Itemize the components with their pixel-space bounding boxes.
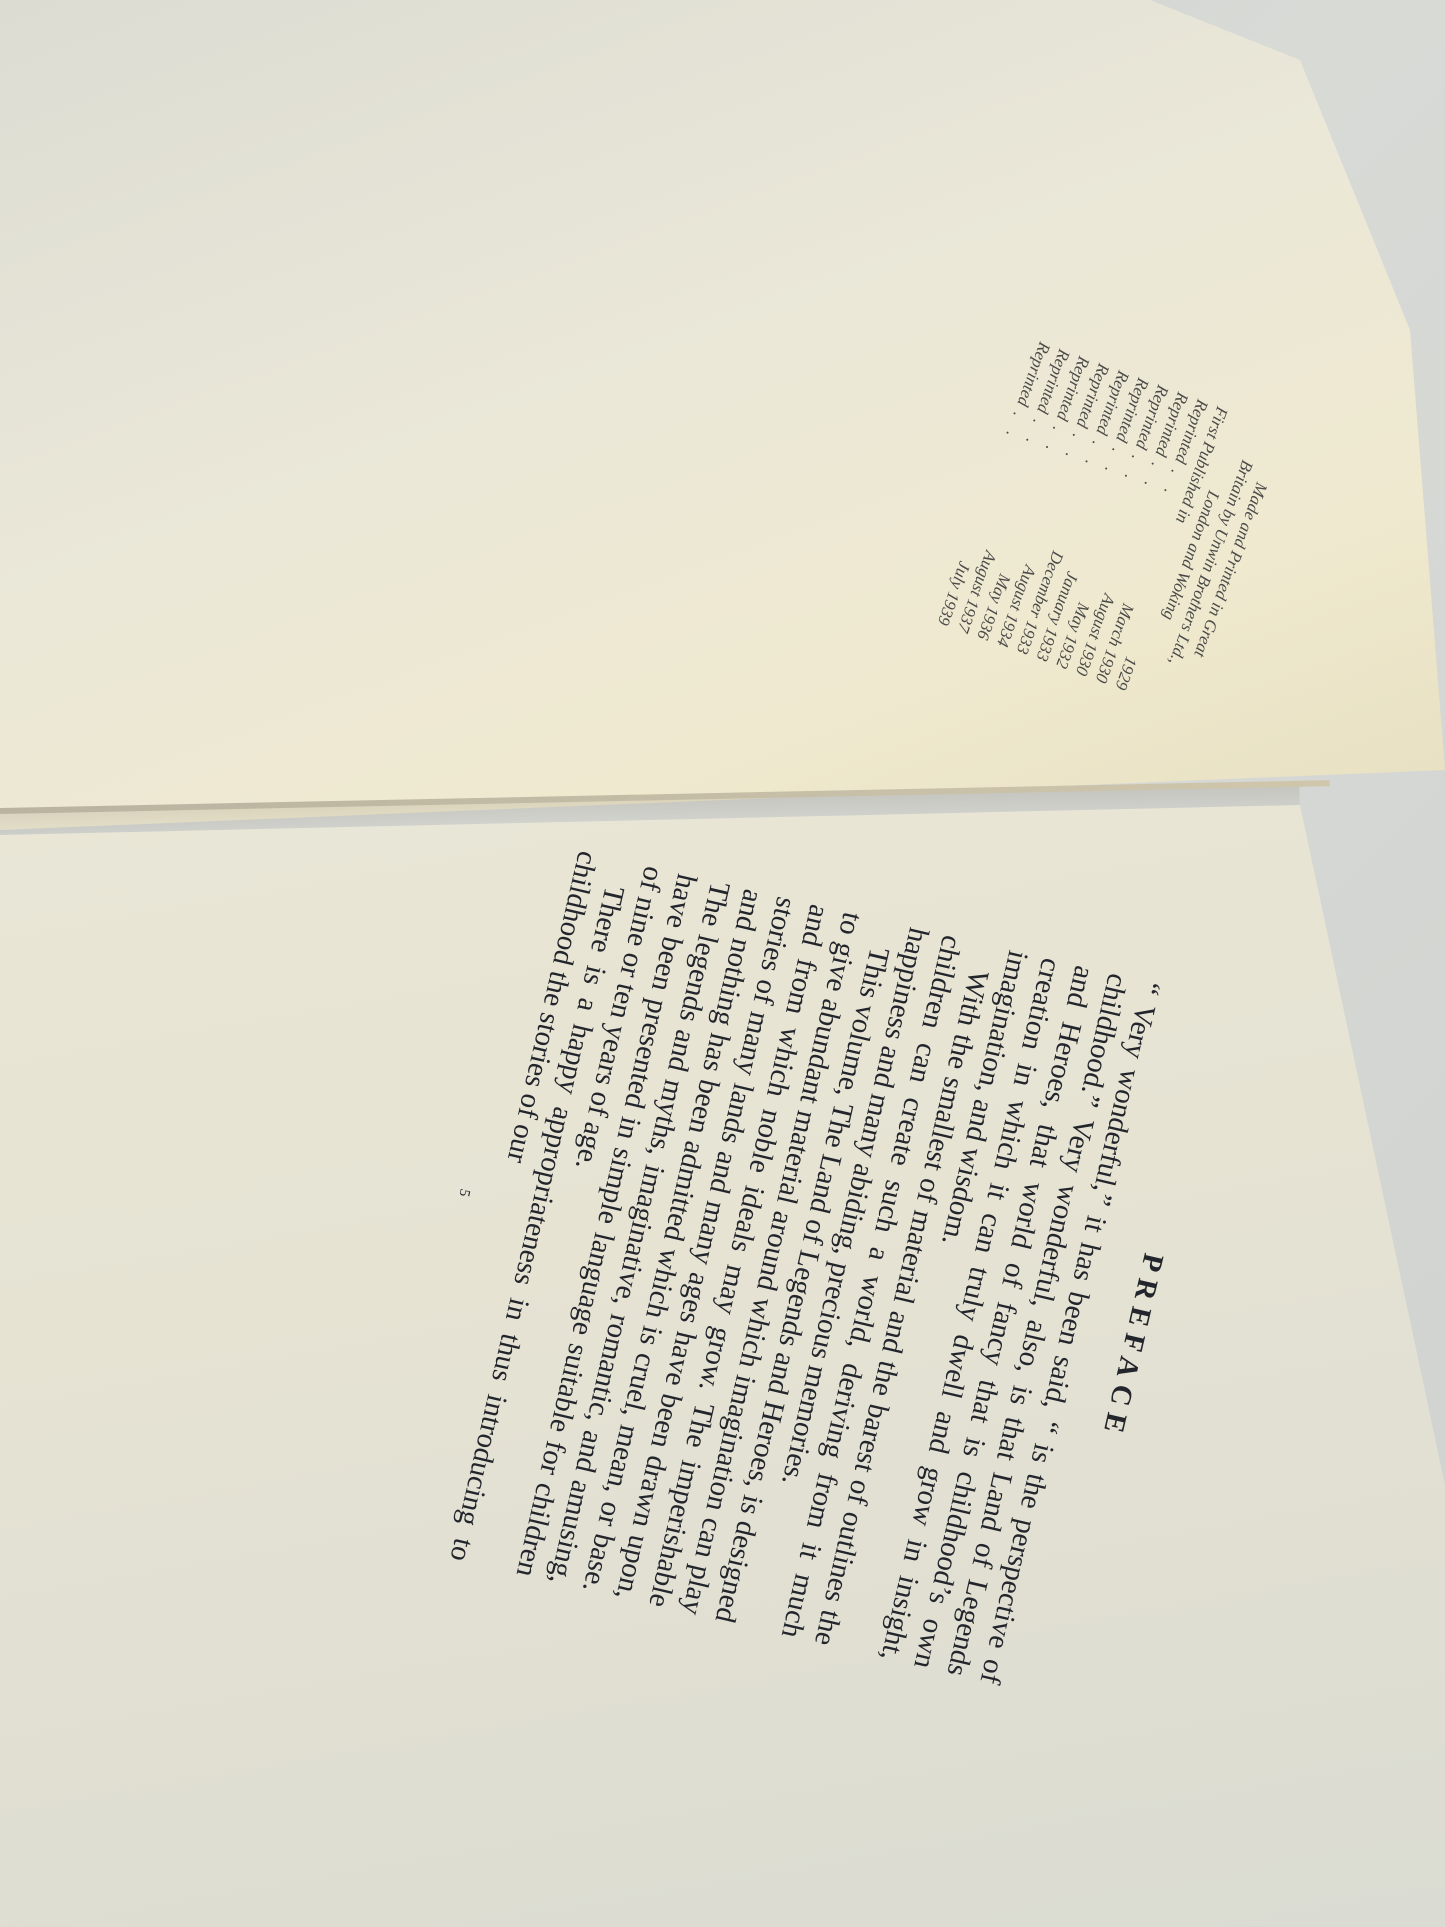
imprint-page: Made and Printed in Great Britain by Unw… bbox=[0, 0, 1445, 830]
imprint-block: Made and Printed in Great Britain by Unw… bbox=[933, 339, 1292, 714]
book-photo: Made and Printed in Great Britain by Unw… bbox=[0, 0, 1445, 1927]
